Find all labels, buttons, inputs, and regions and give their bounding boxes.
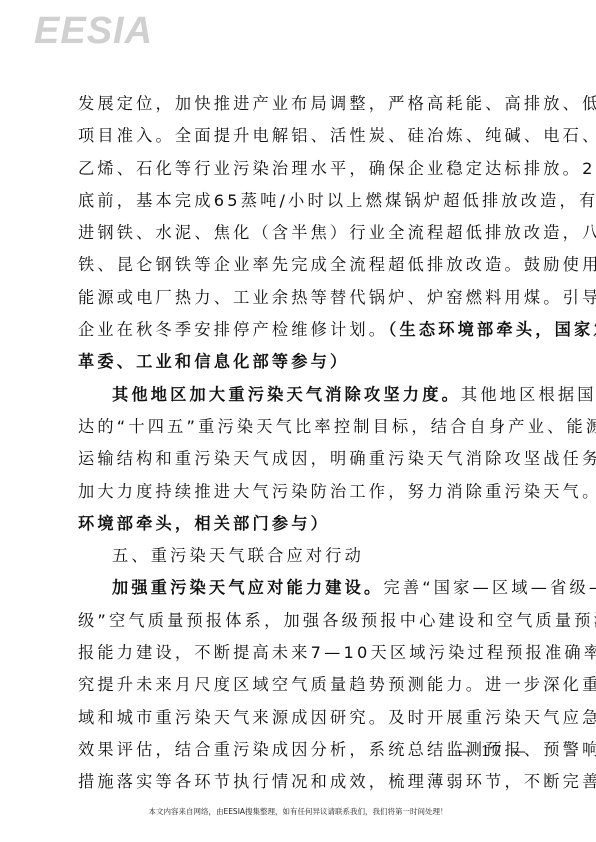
text-segment: 究提升未来月尺度区域空气质量趋势预测能力。进一步深化重点区 (78, 675, 596, 694)
text-segment: 运输结构和重污染天气成因，明确重污染天气消除攻坚战任务措施， (78, 449, 596, 468)
text-segment: 其他地区根据国家下 (461, 385, 596, 404)
text-line: 级”空气质量预报体系，加强各级预报中心建设和空气质量预测预 (78, 605, 520, 637)
text-line: 铁、昆仑钢铁等企业率先完成全流程超低排放改造。鼓励使用清洁 (78, 249, 520, 281)
bold-text-segment: 革委、工业和信息化部等参与） (78, 352, 349, 371)
text-line: 底前，基本完成65蒸吨/小时以上燃煤锅炉超低排放改造，有序推 (78, 185, 520, 217)
text-line: 究提升未来月尺度区域空气质量趋势预测能力。进一步深化重点区 (78, 669, 520, 701)
text-segment: 企业在秋冬季安排停产检维修计划。 (78, 320, 388, 339)
text-line: 乙烯、石化等行业污染治理水平，确保企业稳定达标排放。2025年 (78, 153, 520, 185)
text-line: 其他地区加大重污染天气消除攻坚力度。其他地区根据国家下 (78, 379, 520, 411)
bold-text-segment: 环境部牵头，相关部门参与） (78, 514, 330, 533)
page-number: — 17 — (457, 742, 528, 760)
text-line: 五、重污染天气联合应对行动 (78, 540, 520, 572)
text-line: 进钢铁、水泥、焦化（含半焦）行业全流程超低排放改造，八一钢 (78, 217, 520, 249)
document-body: 发展定位，加快推进产业布局调整，严格高耗能、高排放、低水平项目准入。全面提升电解… (78, 88, 520, 799)
text-line: 加强重污染天气应对能力建设。完善“国家—区域—省级—市 (78, 572, 520, 604)
text-line: 企业在秋冬季安排停产检维修计划。（生态环境部牵头，国家发展改 (78, 314, 520, 346)
text-line: 达的“十四五”重污染天气比率控制目标，结合自身产业、能源、 (78, 411, 520, 443)
text-segment: 底前，基本完成65蒸吨/小时以上燃煤锅炉超低排放改造，有序推 (78, 191, 596, 210)
text-segment: 能源或电厂热力、工业余热等替代锅炉、炉窑燃料用煤。引导重点 (78, 288, 596, 307)
bold-text-segment: （生态环境部牵头，国家发展改 (388, 320, 596, 339)
text-segment: 加大力度持续推进大气污染防治工作，努力消除重污染天气。 (78, 482, 596, 501)
text-segment: 乙烯、石化等行业污染治理水平，确保企业稳定达标排放。2025年 (78, 159, 596, 178)
text-segment: 完善“国家—区域—省级—市 (383, 578, 596, 597)
text-segment: 域和城市重污染天气来源成因研究。及时开展重污染天气应急响应 (78, 708, 596, 727)
text-segment: 措施落实等各环节执行情况和成效，梳理薄弱环节，不断完善相关 (78, 772, 596, 791)
bold-text-segment: 加强重污染天气应对能力建设。 (112, 578, 383, 597)
text-line: 项目准入。全面提升电解铝、活性炭、硅冶炼、纯碱、电石、聚氯 (78, 120, 520, 152)
text-segment: 铁、昆仑钢铁等企业率先完成全流程超低排放改造。鼓励使用清洁 (78, 255, 596, 274)
footer-disclaimer: 本文内容来自网络，由EESIA搜集整理，如有任何异议请联系我们，我们将第一时间处… (0, 806, 596, 817)
text-line: 域和城市重污染天气来源成因研究。及时开展重污染天气应急响应 (78, 702, 520, 734)
text-line: 环境部牵头，相关部门参与） (78, 508, 520, 540)
text-segment: 达的“十四五”重污染天气比率控制目标，结合自身产业、能源、 (78, 417, 596, 436)
text-line: 运输结构和重污染天气成因，明确重污染天气消除攻坚战任务措施， (78, 443, 520, 475)
text-segment: 项目准入。全面提升电解铝、活性炭、硅冶炼、纯碱、电石、聚氯 (78, 126, 596, 145)
bold-text-segment: 其他地区加大重污染天气消除攻坚力度。 (112, 385, 461, 404)
text-line: 加大力度持续推进大气污染防治工作，努力消除重污染天气。（生态 (78, 476, 520, 508)
text-segment: 级”空气质量预报体系，加强各级预报中心建设和空气质量预测预 (78, 611, 596, 630)
eesia-logo: EESIA (34, 10, 153, 53)
text-segment: 进钢铁、水泥、焦化（含半焦）行业全流程超低排放改造，八一钢 (78, 223, 596, 242)
text-segment: 报能力建设，不断提高未来7—10天区域污染过程预报准确率，研 (78, 643, 596, 662)
text-line: 发展定位，加快推进产业布局调整，严格高耗能、高排放、低水平 (78, 88, 520, 120)
text-line: 能源或电厂热力、工业余热等替代锅炉、炉窑燃料用煤。引导重点 (78, 282, 520, 314)
text-line: 措施落实等各环节执行情况和成效，梳理薄弱环节，不断完善相关 (78, 766, 520, 798)
text-line: 革委、工业和信息化部等参与） (78, 346, 520, 378)
text-segment: 发展定位，加快推进产业布局调整，严格高耗能、高排放、低水平 (78, 94, 596, 113)
text-line: 报能力建设，不断提高未来7—10天区域污染过程预报准确率，研 (78, 637, 520, 669)
text-line: 效果评估，结合重污染成因分析，系统总结监测预报、预警响应、 (78, 734, 520, 766)
text-segment: 五、重污染天气联合应对行动 (112, 546, 364, 565)
